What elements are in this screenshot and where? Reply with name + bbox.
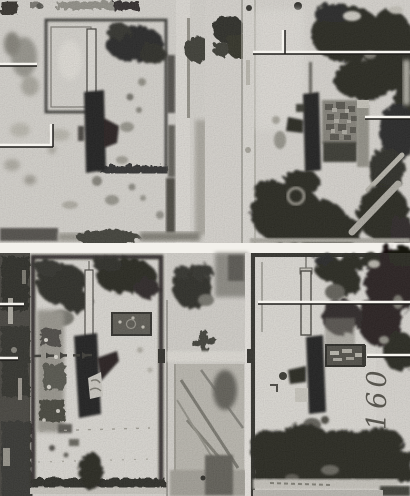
callout-bottom-left-lower [0, 358, 18, 360]
callout-bottom-left-upper [0, 304, 24, 306]
annotation-160: 160 [362, 366, 393, 430]
callout-top-right-lower [365, 117, 410, 119]
callout-top-left-upper [0, 64, 37, 66]
callout-bottom-right-upper [258, 302, 410, 304]
film-grain [0, 0, 410, 243]
row-gap [0, 243, 410, 253]
figure-canvas: 160 [0, 0, 410, 496]
callout-bottom-right-lower [367, 355, 410, 357]
film-grain [0, 253, 410, 496]
aerial-photo-figure: 160 [0, 0, 410, 496]
